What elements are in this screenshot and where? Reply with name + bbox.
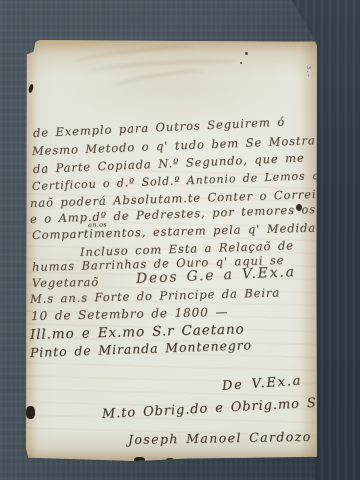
date-line: 10 de Setembro de 1800 — <box>31 306 229 322</box>
ink-spot <box>240 62 242 64</box>
show-through-ghost <box>74 50 244 86</box>
ink-spot <box>28 84 34 94</box>
ink-spot <box>245 52 248 55</box>
addressee-line: Pinto de Miranda Montenegro <box>30 339 252 359</box>
ink-spot <box>296 204 302 211</box>
closing-formula: M.to Obrig.do e Obrig.mo S.r <box>102 396 317 421</box>
edge-blotch <box>166 458 174 461</box>
manuscript-line: Vegetaraõ <box>32 277 99 290</box>
edge-blotch <box>26 406 35 419</box>
place-line: M.s an.s Forte do Principe da Beira <box>30 287 280 305</box>
manuscript-photo: de Exemplo para Outros Seguirem ó Mesmo … <box>0 0 360 480</box>
signature: Joseph Manoel Cardozo da Cunha <box>128 429 317 446</box>
margin-pencil-note: 3.- <box>305 66 311 78</box>
edge-blotch <box>134 457 145 461</box>
manuscript-page: de Exemplo para Outros Seguirem ó Mesmo … <box>26 40 317 461</box>
closing-formula: De V.Ex.a <box>222 374 303 393</box>
